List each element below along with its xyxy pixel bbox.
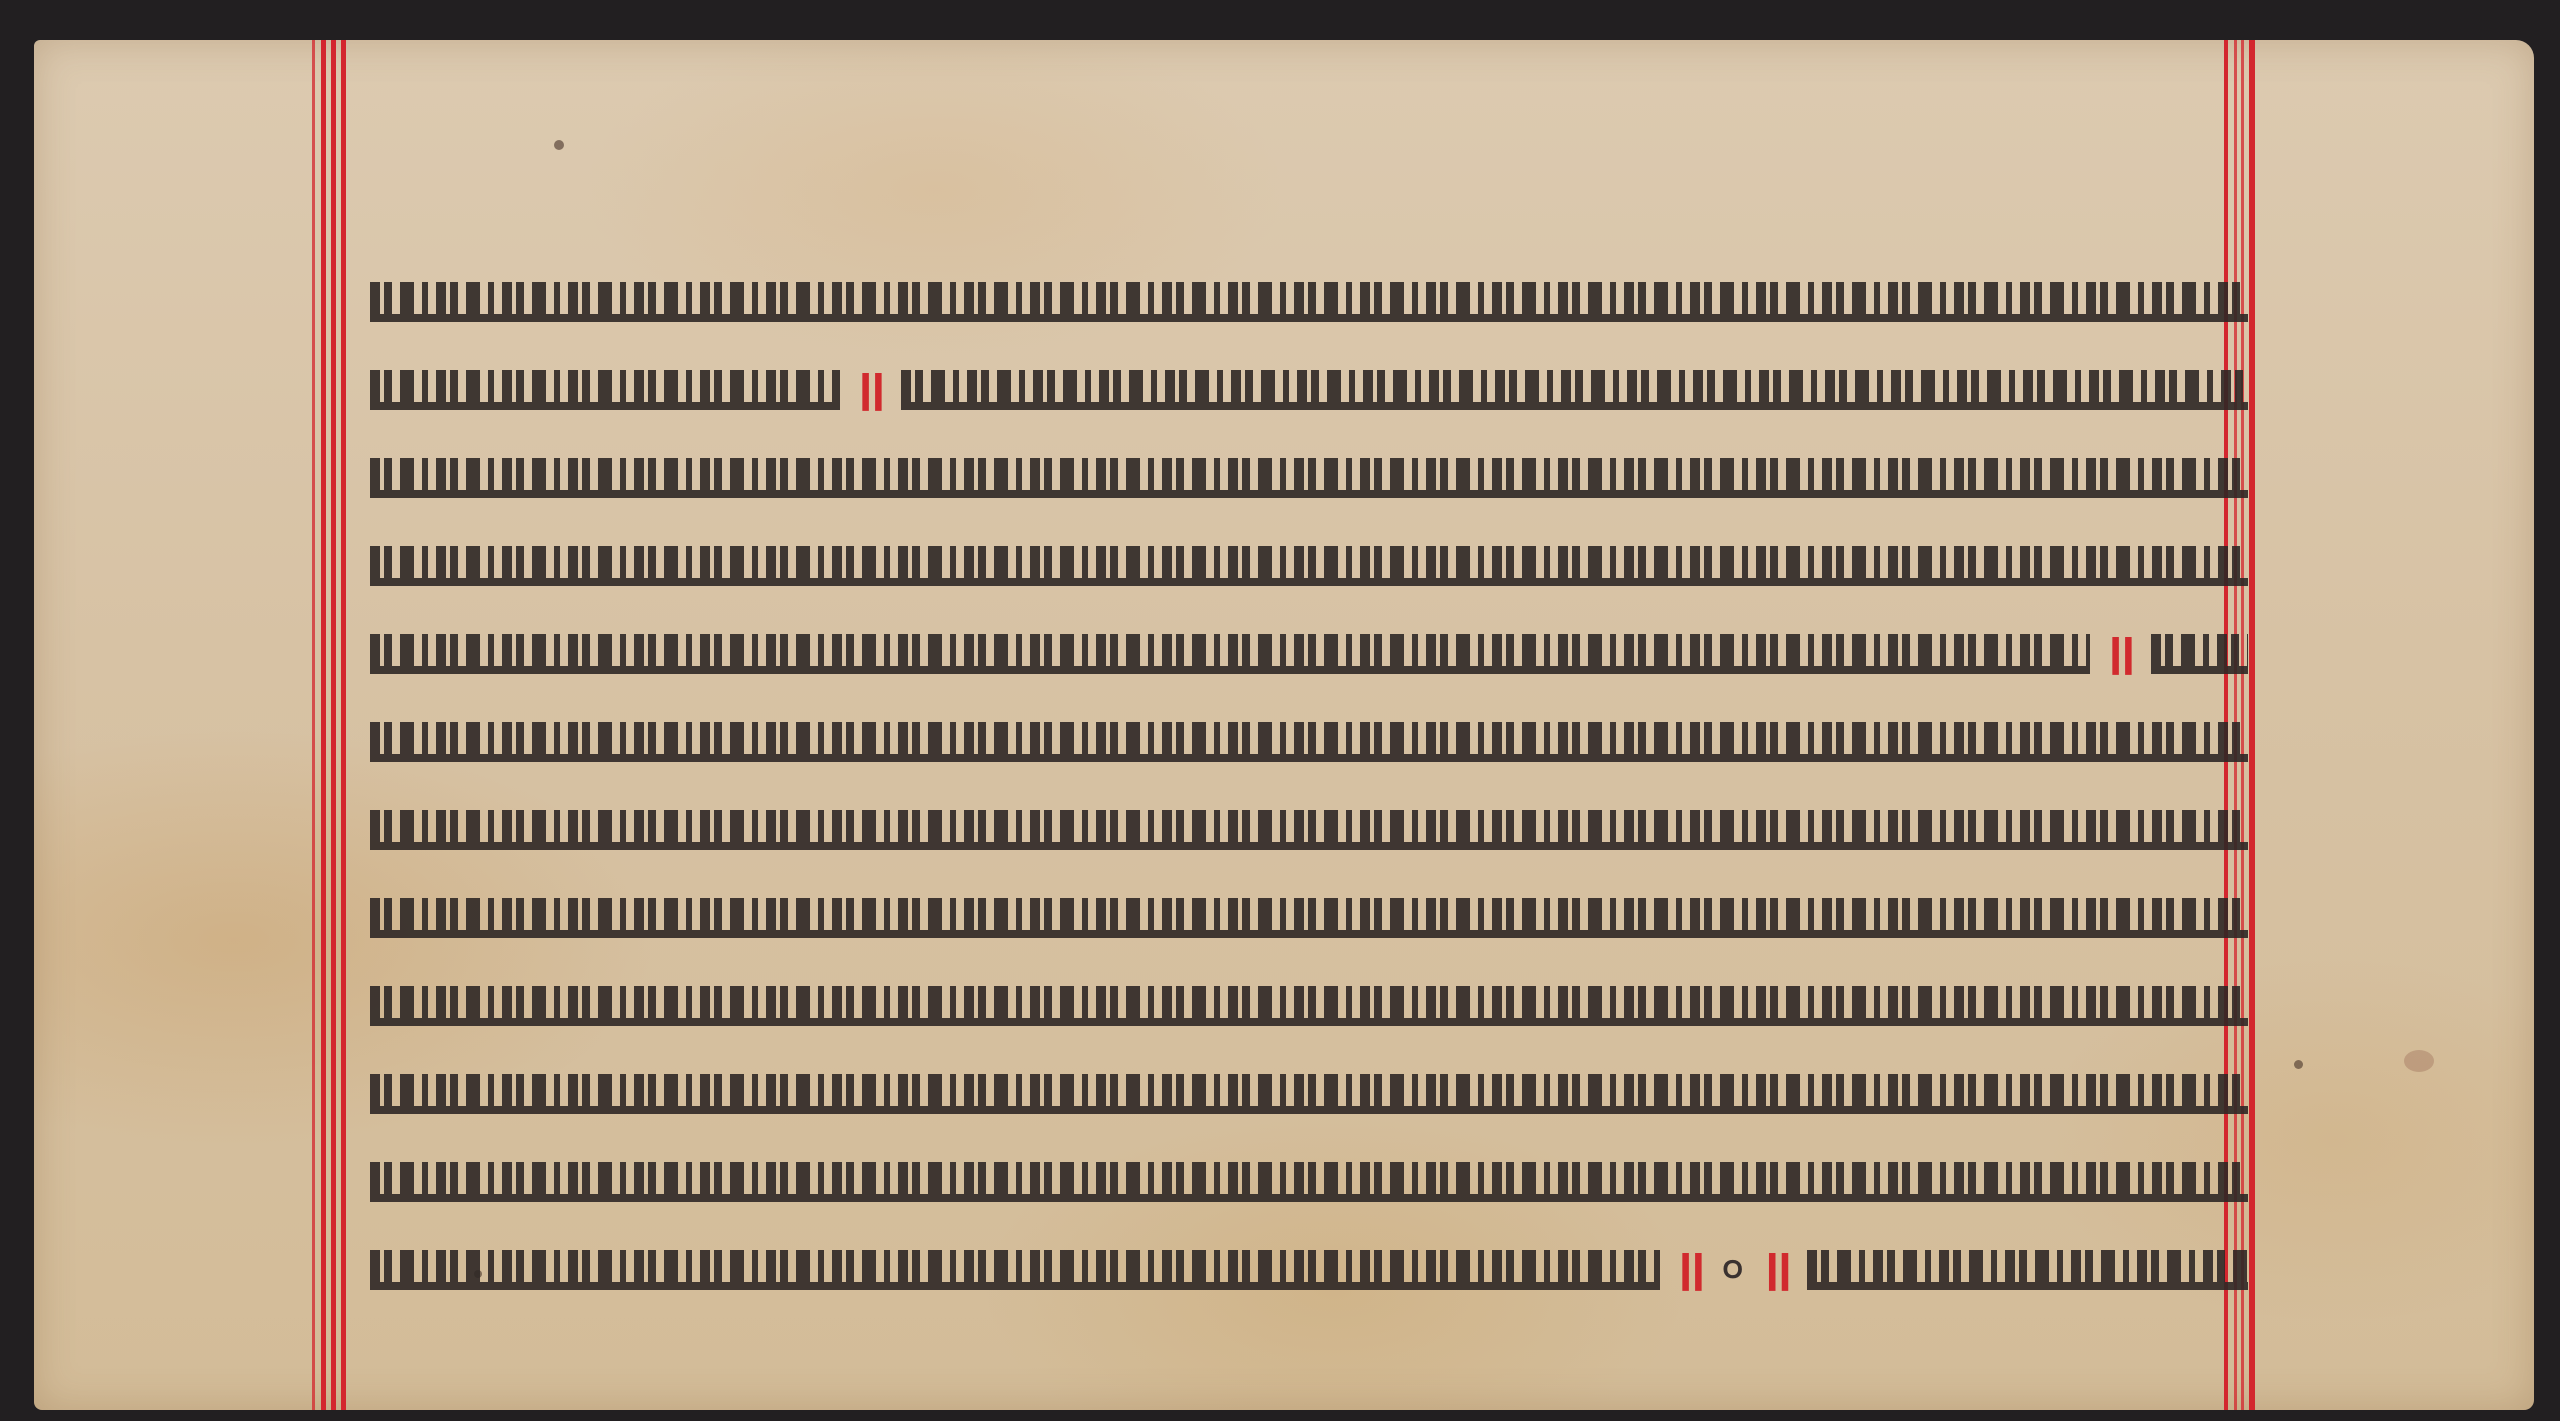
script-text — [370, 540, 2248, 586]
text-line-3 — [364, 431, 2254, 519]
text-line-12: ॥ ० ॥ — [364, 1223, 2254, 1311]
manuscript-text-block: ॥ ॥ ॥ ० ॥ — [364, 255, 2254, 1311]
text-line-9 — [364, 959, 2254, 1047]
left-margin-rules — [312, 40, 352, 1410]
script-text — [370, 892, 2248, 938]
script-text — [370, 364, 840, 410]
red-double-danda-mark: ॥ — [2102, 612, 2139, 691]
text-line-10 — [364, 1047, 2254, 1135]
paper-stain — [2404, 1050, 2434, 1072]
script-text — [370, 452, 2248, 498]
script-text — [901, 364, 2248, 410]
script-text — [370, 1244, 1660, 1290]
script-text — [370, 716, 2248, 762]
text-line-11 — [364, 1135, 2254, 1223]
text-line-5: ॥ — [364, 607, 2254, 695]
script-text — [2151, 628, 2248, 674]
script-text — [370, 1068, 2248, 1114]
red-double-danda-mark: ॥ — [1759, 1228, 1796, 1307]
text-line-2: ॥ — [364, 343, 2254, 431]
text-line-8 — [364, 871, 2254, 959]
text-line-4 — [364, 519, 2254, 607]
folio-description: Single landscape palm-leaf-style paper f… — [34, 40, 35, 41]
script-text — [370, 804, 2248, 850]
text-line-1 — [364, 255, 2254, 343]
paper-stain — [2294, 1060, 2303, 1069]
margin-rule — [321, 40, 326, 1410]
text-line-6 — [364, 695, 2254, 783]
text-line-7 — [364, 783, 2254, 871]
red-double-danda-mark: ॥ — [852, 348, 889, 427]
margin-rule — [341, 40, 346, 1410]
manuscript-folio: Single landscape palm-leaf-style paper f… — [34, 40, 2534, 1410]
red-double-danda-mark: ॥ — [1672, 1228, 1709, 1307]
margin-rule — [312, 40, 315, 1410]
margin-rule — [331, 40, 336, 1410]
script-text — [370, 1156, 2248, 1202]
script-text — [370, 276, 2248, 322]
numeral-mark: ० — [1721, 1236, 1747, 1298]
paper-stain — [554, 140, 564, 150]
script-text — [370, 980, 2248, 1026]
script-text — [370, 628, 2090, 674]
script-text — [1807, 1244, 2248, 1290]
